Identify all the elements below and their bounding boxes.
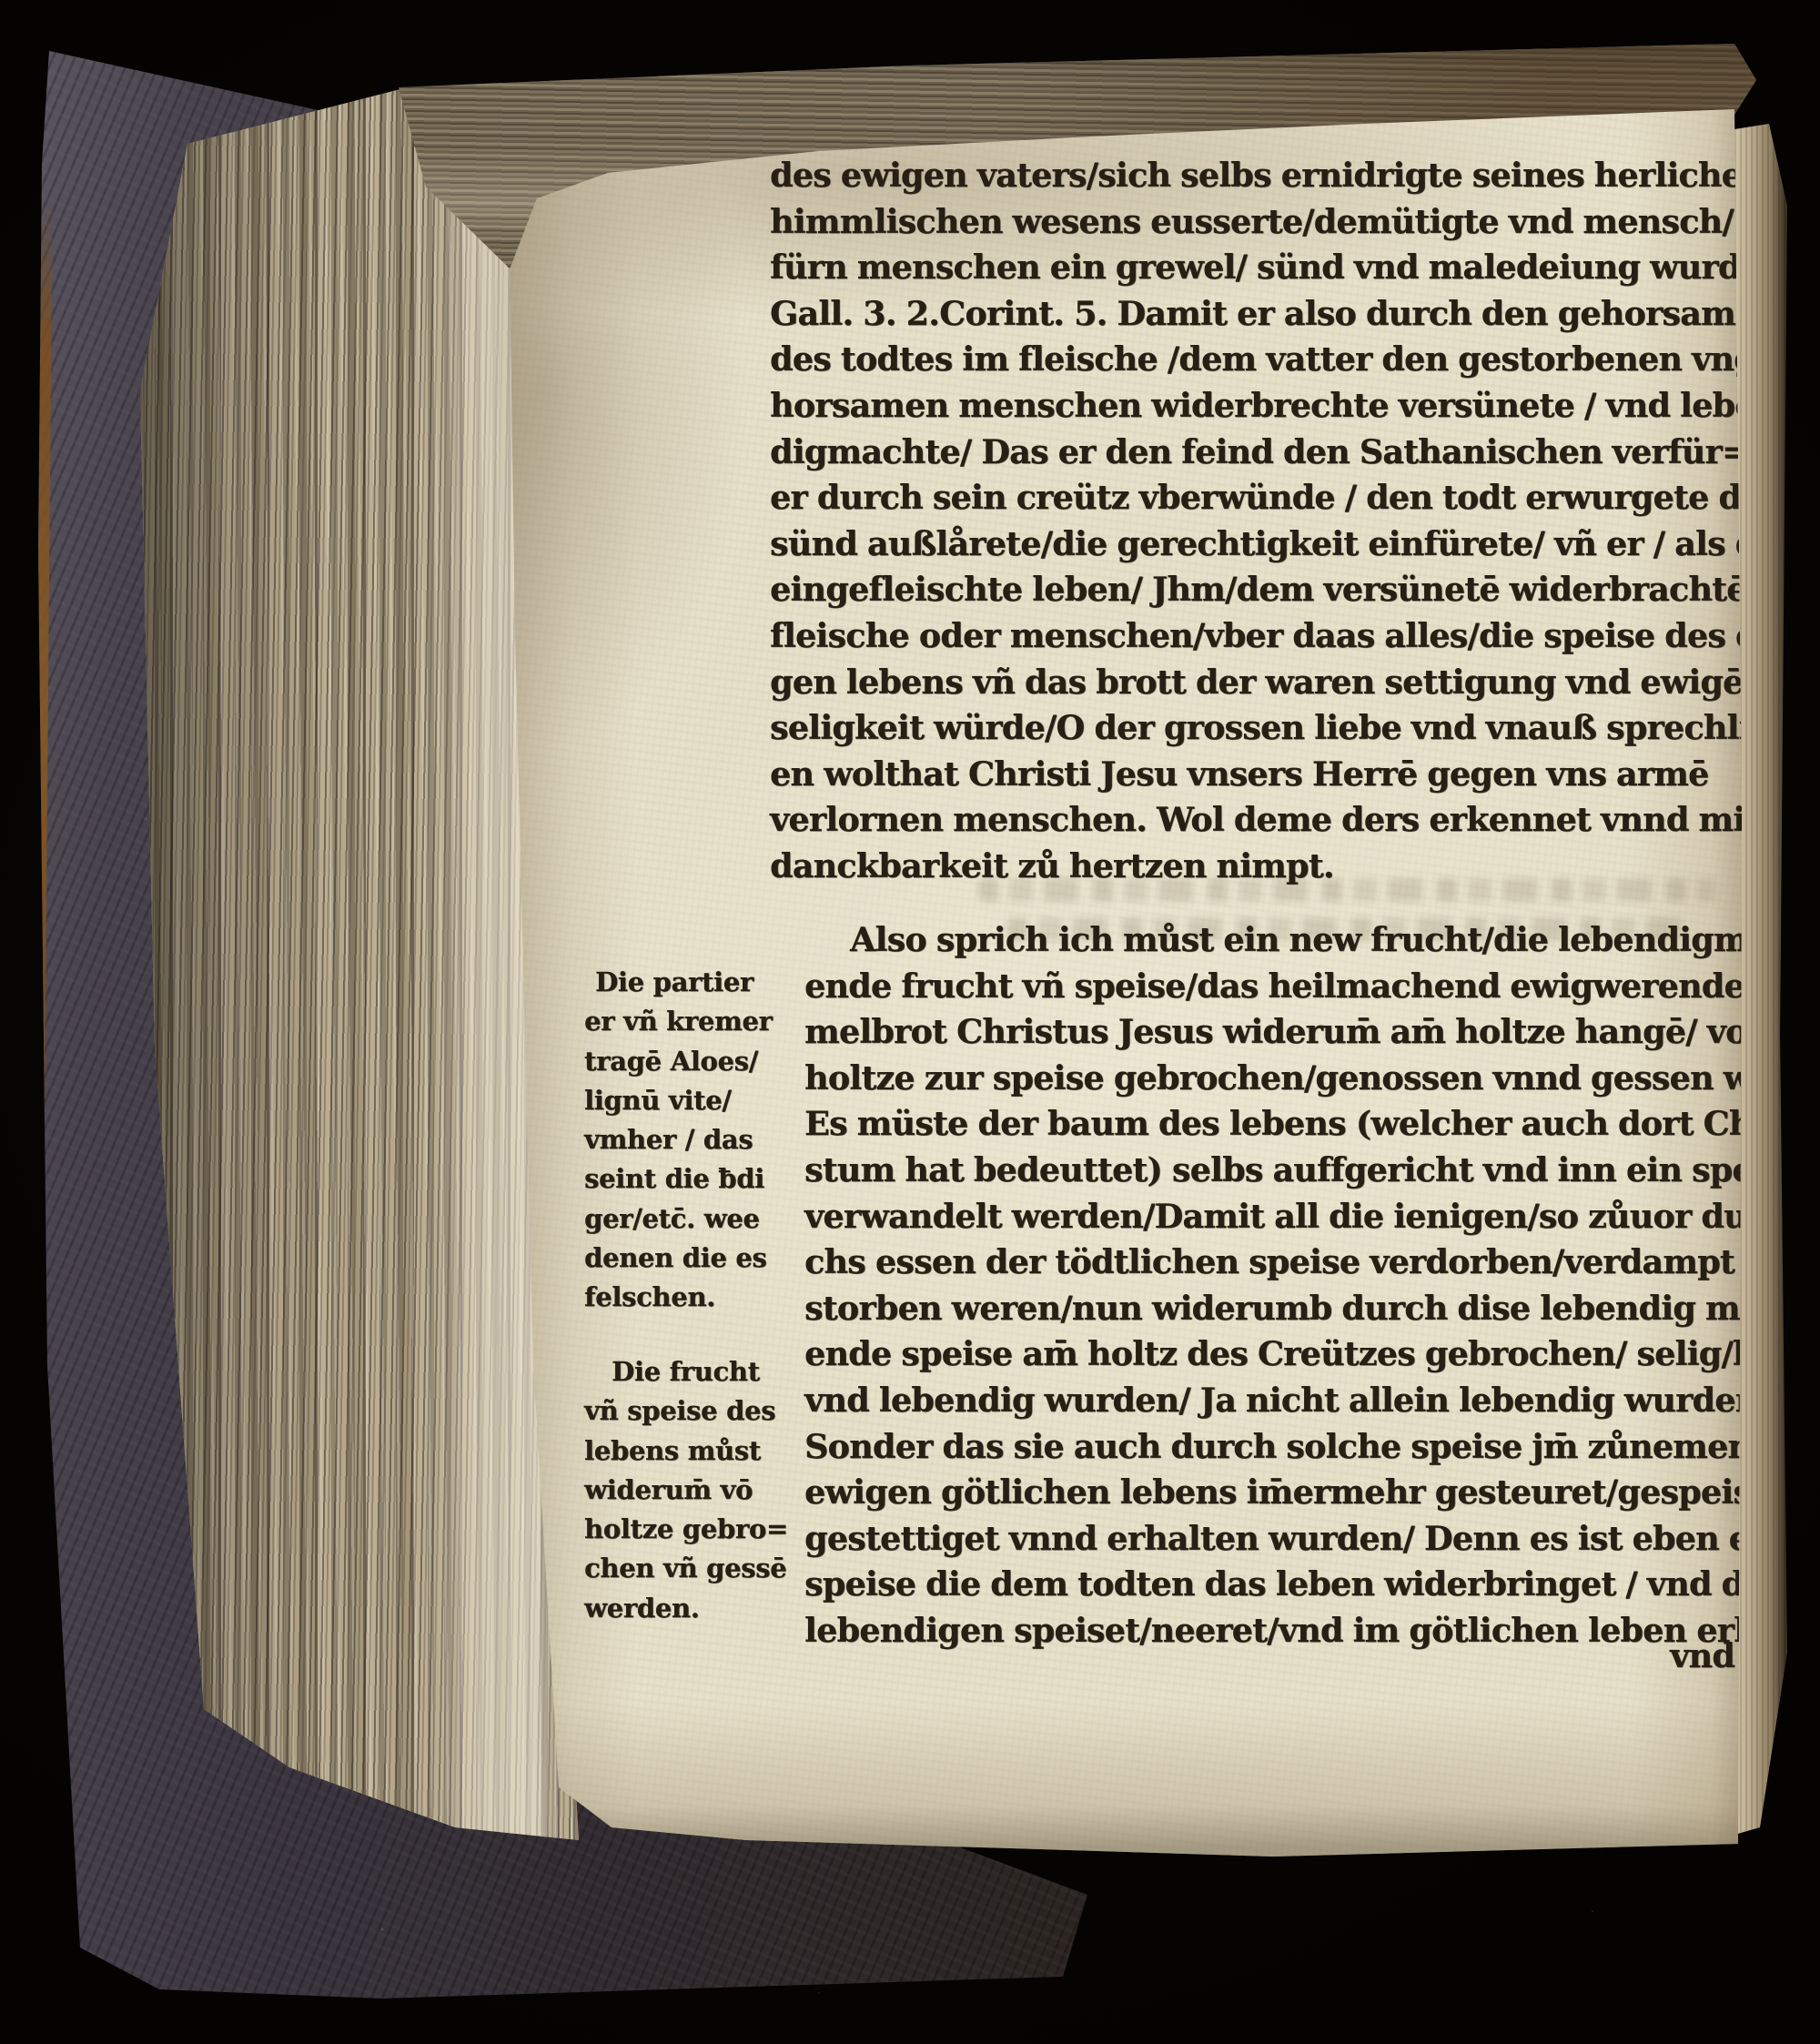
margin-note-1: Die partier er vñ kremer tragē Aloes/ li… <box>584 963 812 1318</box>
margin-note-line: chen vñ gessē <box>584 1549 812 1588</box>
text-line: holtze zur speise gebrochen/genossen vnn… <box>804 1056 1820 1102</box>
text-line: en wolthat Christi Jesu vnsers Herrē geg… <box>770 752 1805 798</box>
text-line: eingefleischte leben/ Jhm/dem versünetē … <box>770 567 1805 613</box>
text-line: gestettiget vnnd erhalten wurden/ Denn e… <box>804 1516 1820 1563</box>
text-line: chs essen der tödtlichen speise verdorbe… <box>804 1240 1820 1286</box>
text-line: Sonder das sie auch durch solche speise … <box>804 1424 1820 1471</box>
text-line: speise die dem todten das leben widerbri… <box>804 1562 1820 1608</box>
text-line: fleische oder menschen/vber daas alles/d… <box>770 613 1805 660</box>
margin-note-line: seint die ƀdi <box>584 1159 812 1199</box>
text-line: ewigen götlichen lebens im̄ermehr gesteu… <box>804 1470 1820 1516</box>
main-text-paragraph-2: Also sprich ich můst ein new frucht/die … <box>804 917 1820 1654</box>
text-line: fürn menschen ein grewel/ sünd vnd maled… <box>770 245 1805 291</box>
margin-note-line: felschen. <box>584 1278 812 1317</box>
text-line: Es müste der baum des lebens (welcher au… <box>804 1101 1820 1148</box>
text-line: danckbarkeit zů hertzen nimpt. <box>770 844 1805 890</box>
catchword: vnd <box>1598 1636 1734 1675</box>
margin-note-line: holtze gebro= <box>584 1510 812 1549</box>
text-line: des todtes im fleische /dem vatter den g… <box>770 337 1805 383</box>
text-line: melbrot Christus Jesus widerum̄ am̄ holt… <box>804 1009 1820 1056</box>
text-line: Also sprich ich můst ein new frucht/die … <box>804 917 1820 964</box>
margin-note-line: denen die es <box>584 1239 812 1278</box>
text-line: er durch sein creütz vberwünde / den tod… <box>770 475 1805 521</box>
margin-note-line: vñ speise des <box>584 1391 812 1431</box>
margin-note-line: lebens můst <box>584 1432 812 1471</box>
margin-note-line: widerum̄ vō <box>584 1471 812 1510</box>
margin-note-line: vmher / das <box>584 1120 812 1159</box>
text-line: verwandelt werden/Damit all die ienigen/… <box>804 1194 1820 1240</box>
text-line: stum hat bedeuttet) selbs auffgericht vn… <box>804 1148 1820 1194</box>
page-fore-edge-curl <box>1734 124 1789 1846</box>
text-line: des ewigen vaters/sich selbs ernidrigte … <box>770 153 1805 199</box>
margin-note-line: er vñ kremer <box>584 1002 812 1041</box>
text-line: ende frucht vñ speise/das heilmachend ew… <box>804 964 1820 1010</box>
photo: des ewigen vaters/sich selbs ernidrigte … <box>0 0 1820 2044</box>
text-line: sünd außlårete/die gerechtigkeit einfüre… <box>770 521 1805 568</box>
margin-note-line: lignū vite/ <box>584 1081 812 1120</box>
margin-note-line: werden. <box>584 1589 812 1628</box>
text-line: Gall. 3. 2.Corint. 5. Damit er also durc… <box>770 291 1805 338</box>
text-line: vnd lebendig wurden/ Ja nicht allein leb… <box>804 1378 1820 1424</box>
text-line: ende speise am̄ holtz des Creützes gebro… <box>804 1331 1820 1378</box>
margin-note-line: tragē Aloes/ <box>584 1042 812 1081</box>
text-line: storben weren/nun widerumb durch dise le… <box>804 1286 1820 1332</box>
text-line: gen lebens vñ das brott der waren settig… <box>770 660 1805 706</box>
text-line: himmlischen wesens eusserte/demütigte vn… <box>770 199 1805 246</box>
margin-note-2: Die frucht vñ speise des lebens můst wid… <box>584 1352 812 1628</box>
text-line: verlornen menschen. Wol deme ders erkenn… <box>770 797 1805 844</box>
margin-note-line: Die partier <box>584 963 812 1002</box>
text-line: horsamen menschen widerbrechte versünete… <box>770 383 1805 430</box>
main-text-paragraph-1: des ewigen vaters/sich selbs ernidrigte … <box>770 153 1805 890</box>
text-line: digmachte/ Das er den feind den Sathanis… <box>770 430 1805 476</box>
margin-note-line: ger/etc̄. wee <box>584 1199 812 1239</box>
margin-note-line: Die frucht <box>584 1352 812 1391</box>
text-line: seligkeit würde/O der grossen liebe vnd … <box>770 705 1805 752</box>
